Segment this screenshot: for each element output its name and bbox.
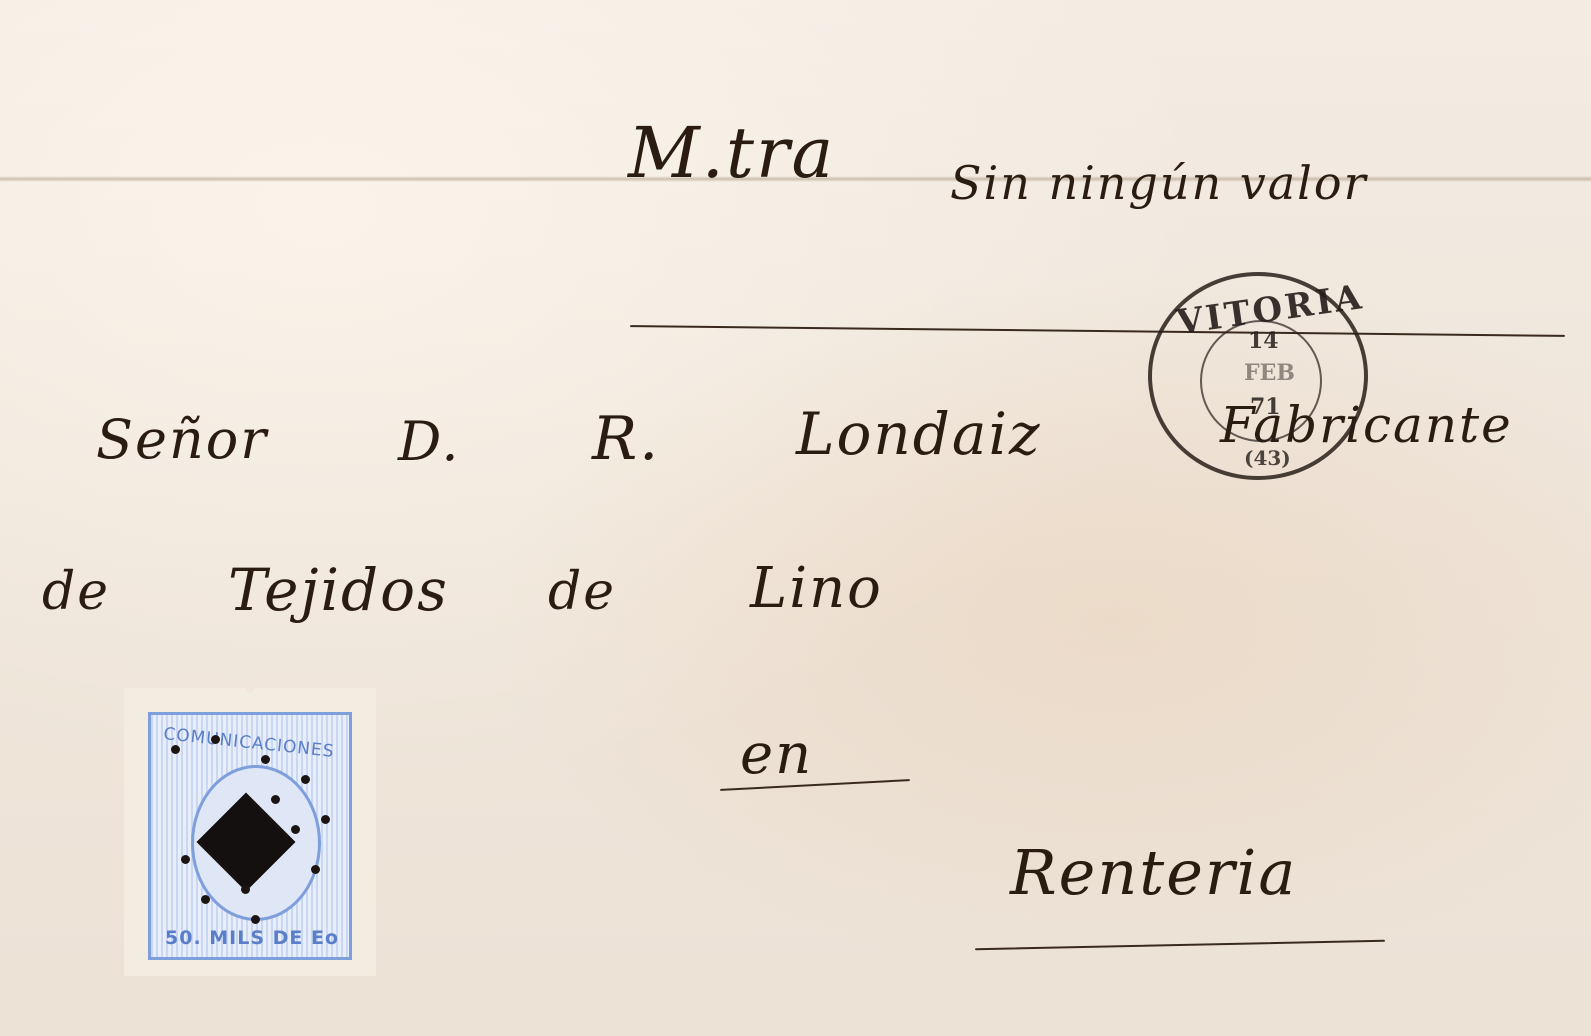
cancel-dot (241, 885, 250, 894)
cancel-dot (311, 865, 320, 874)
cancel-dot (271, 795, 280, 804)
handwriting-no-value-note: Sin ningún valor (950, 156, 1368, 210)
handwriting-tejidos: Tejidos (228, 556, 449, 624)
handwriting-senor: Señor (96, 408, 268, 471)
handwriting-de-2: de (548, 562, 616, 622)
strike-line (630, 325, 1565, 337)
underline-town (975, 940, 1385, 951)
handwriting-en: en (740, 722, 813, 787)
cancel-dot (211, 735, 220, 744)
handwriting-de-1: de (42, 562, 110, 622)
cancel-dot (261, 755, 270, 764)
handwriting-town: Renteria (1010, 836, 1297, 909)
envelope: M.tra Sin ningún valor Señor D. R. Londa… (0, 0, 1591, 1036)
stamp-design: COMUNICACIONES 50. MILS DE Eo (148, 712, 352, 960)
handwriting-mtra: M.tra (628, 112, 835, 194)
cancel-dot (301, 775, 310, 784)
stamp-value-text: 50. MILS DE Eo (165, 927, 339, 949)
cancel-dot (291, 825, 300, 834)
stamp-top-text: COMUNICACIONES (162, 724, 335, 762)
postmark: VITORIA 14 FEB 71 (43) (1148, 272, 1368, 480)
postmark-month: FEB (1244, 360, 1295, 386)
cancel-dot (251, 915, 260, 924)
postage-stamp: COMUNICACIONES 50. MILS DE Eo (124, 688, 376, 976)
handwriting-lino: Lino (750, 556, 883, 621)
cancel-dot (171, 745, 180, 754)
cancel-dot (181, 855, 190, 864)
cancel-dot (321, 815, 330, 824)
postmark-day: 14 (1248, 328, 1279, 354)
handwriting-surname: Londaiz (796, 400, 1042, 468)
handwriting-don: D. (398, 410, 461, 473)
cancel-dot (201, 895, 210, 904)
postmark-year: 71 (1250, 394, 1281, 420)
handwriting-initial: R. (592, 404, 660, 474)
postmark-number: (43) (1244, 446, 1291, 470)
